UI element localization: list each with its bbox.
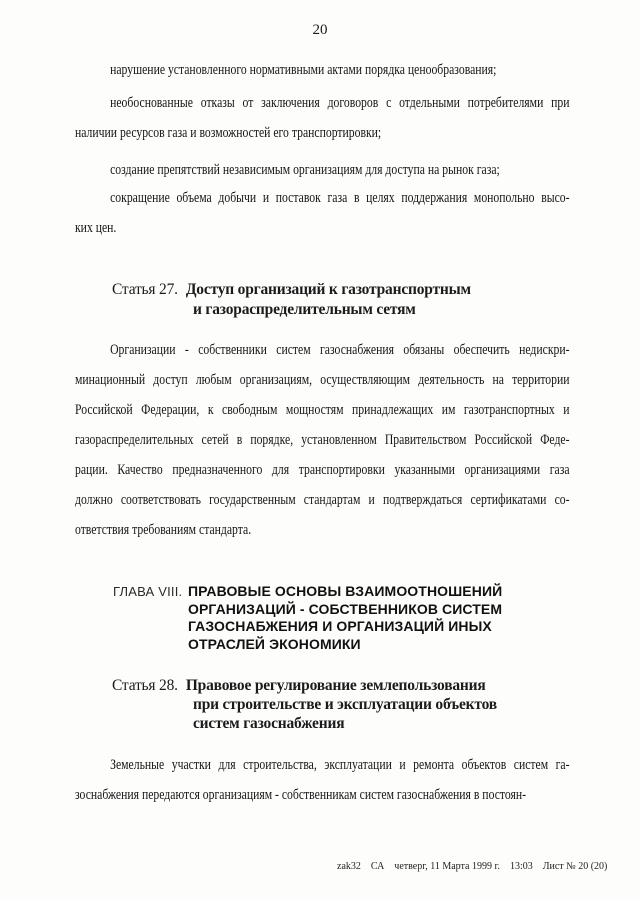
chapter-8-title-line: ОРГАНИЗАЦИЙ - СОБСТВЕННИКОВ СИСТЕМ	[188, 601, 595, 619]
paragraph-contract-refusals: необоснованные отказы от заключения дого…	[75, 88, 570, 148]
article-27-title-line: Доступ организаций к газотранспортным	[186, 281, 471, 298]
text-line: сокращение объема добычи и поставок газа…	[75, 183, 570, 213]
chapter-8-title-line: ПРАВОВЫЕ ОСНОВЫ ВЗАИМООТНОШЕНИЙ	[188, 583, 595, 601]
text-line: ких цен.	[75, 213, 570, 243]
text-line: наличии ресурсов газа и возможностей его…	[75, 118, 570, 148]
heading-line: Статья 27.Доступ организаций к газотранс…	[75, 280, 570, 300]
text-line: Организации - собственники систем газосн…	[75, 335, 570, 365]
text-line: Российской Федерации, к свободным мощнос…	[75, 395, 570, 425]
text-line: необоснованные отказы от заключения дого…	[75, 88, 570, 118]
text-line: минационный доступ любым организациям, о…	[75, 365, 570, 395]
article-28-title-line: систем газоснабжения	[193, 714, 570, 733]
paragraph-market-obstacles: создание препятствий независимым организ…	[75, 155, 570, 185]
chapter-8-title-line: ОТРАСЛЕЙ ЭКОНОМИКИ	[188, 636, 595, 654]
footer-filename: zak32	[337, 861, 361, 873]
chapter-8-heading: ГЛАВА VIII. ПРАВОВЫЕ ОСНОВЫ ВЗАИМООТНОШЕ…	[75, 583, 595, 653]
chapter-8-label: ГЛАВА VIII.	[113, 584, 182, 599]
article-27-title-line: и газораспределительным сетям	[193, 300, 570, 320]
text-line: рации. Качество предназначенного для тра…	[75, 455, 570, 485]
article-28-title-line: при строительстве и эксплуатации объекто…	[193, 695, 570, 714]
article-28-heading: Статья 28.Правовое регулирование землепо…	[75, 676, 570, 733]
chapter-8-title-line: ГАЗОСНАБЖЕНИЯ И ОРГАНИЗАЦИЙ ИНЫХ	[188, 618, 595, 636]
article-28-label: Статья 28.	[112, 676, 178, 695]
page-number: 20	[0, 22, 640, 38]
article-27-heading: Статья 27.Доступ организаций к газотранс…	[75, 280, 570, 320]
footer-sheet-info: Лист № 20 (20)	[543, 861, 608, 873]
text-line: зоснабжения передаются организациям - со…	[75, 780, 570, 810]
text-line: нарушение установленного нормативными ак…	[75, 55, 570, 85]
chapter-8-title: ПРАВОВЫЕ ОСНОВЫ ВЗАИМООТНОШЕНИЙ ОРГАНИЗА…	[188, 583, 595, 653]
footer: zak32 СА четверг, 11 Марта 1999 г. 13:03…	[337, 861, 607, 873]
text-line: создание препятствий независимым организ…	[75, 155, 570, 185]
text-line: должно соответствовать государственным с…	[75, 485, 570, 515]
paragraph-pricing-violation: нарушение установленного нормативными ак…	[75, 55, 570, 85]
footer-time: 13:03	[510, 861, 533, 873]
footer-initials: СА	[371, 861, 384, 873]
document-page: 20 нарушение установленного нормативными…	[0, 0, 640, 900]
heading-line: Статья 28.Правовое регулирование землепо…	[75, 676, 570, 695]
paragraph-supply-reduction: сокращение объема добычи и поставок газа…	[75, 183, 570, 243]
article-28-title-line: Правовое регулирование землепользования	[186, 677, 486, 694]
text-line: Земельные участки для строительства, экс…	[75, 750, 570, 780]
footer-date: четверг, 11 Марта 1999 г.	[394, 861, 500, 873]
text-line: газораспределительных сетей в порядке, у…	[75, 425, 570, 455]
paragraph-access-obligation: Организации - собственники систем газосн…	[75, 335, 570, 545]
article-27-label: Статья 27.	[112, 280, 178, 300]
paragraph-land-plots: Земельные участки для строительства, экс…	[75, 750, 570, 810]
text-line: ответствия требованиям стандарта.	[75, 515, 570, 545]
